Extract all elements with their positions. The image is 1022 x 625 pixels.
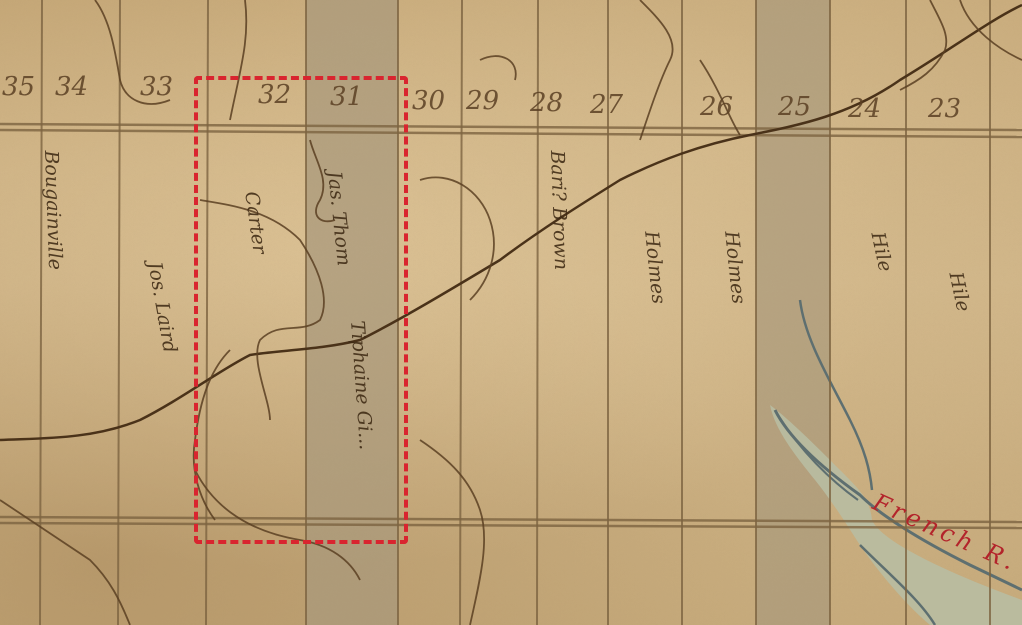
lot-number-26: 26 — [700, 92, 733, 122]
lot-number-23: 23 — [928, 94, 961, 124]
lot-number-30: 30 — [412, 86, 445, 116]
lot-number-28: 28 — [530, 88, 563, 118]
lot-number-33: 33 — [140, 72, 173, 102]
lot-number-25: 25 — [778, 92, 811, 122]
lot-number-29: 29 — [466, 86, 499, 116]
survey-map: 35 34 33 32 31 30 29 28 27 26 25 24 23 B… — [0, 0, 1022, 625]
selection-highlight-box — [194, 76, 408, 544]
owner-label: Bougainville — [40, 150, 66, 270]
owner-label: Bari? Brown — [546, 150, 572, 270]
lot-number-34: 34 — [55, 72, 88, 102]
lot-number-35: 35 — [2, 72, 35, 102]
lot-number-27: 27 — [590, 90, 623, 120]
lot-number-24: 24 — [848, 94, 881, 124]
